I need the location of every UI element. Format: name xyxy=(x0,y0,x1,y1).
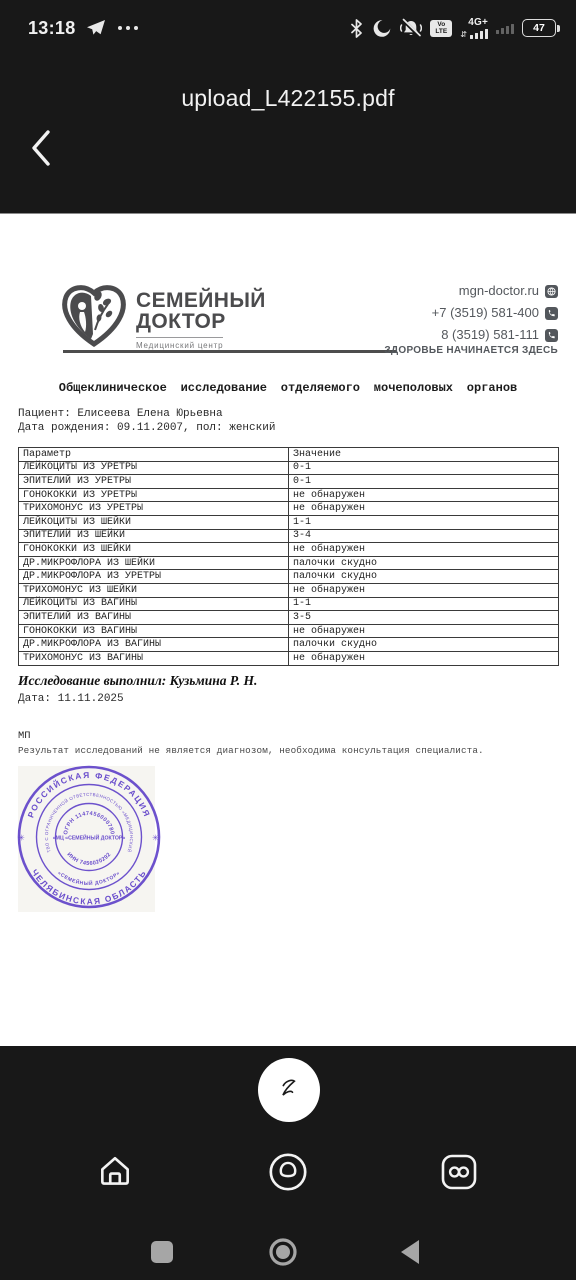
value-cell: не обнаружен xyxy=(289,624,559,638)
results-table: Параметр Значение ЛЕЙКОЦИТЫ ИЗ УРЕТРЫ 0-… xyxy=(18,447,559,666)
volte-icon: Vo LTE xyxy=(430,20,452,37)
mp-label: МП xyxy=(18,730,31,742)
stamp-center-text: «МЦ «СЕМЕЙНЫЙ ДОКТОР» xyxy=(53,834,126,842)
home-circle-icon xyxy=(268,1237,298,1267)
value-cell: 0-1 xyxy=(289,461,559,475)
table-row: ЛЕЙКОЦИТЫ ИЗ ВАГИНЫ 1-1 xyxy=(19,597,559,611)
clinic-contacts: mgn-doctor.ru +7 (3519) 581-400 8 (3519)… xyxy=(432,280,558,346)
table-row: ГОНОКОККИ ИЗ ШЕЙКИ не обнаружен xyxy=(19,543,559,557)
scribble-icon xyxy=(270,1071,308,1109)
status-bar: 13:18 Vo LTE xyxy=(0,0,576,56)
clinic-slogan: ЗДОРОВЬЕ НАЧИНАЕТСЯ ЗДЕСЬ xyxy=(384,345,558,356)
report-title: Общеклиническое исследование отделяемого… xyxy=(0,381,576,395)
value-cell: палочки скудно xyxy=(289,570,559,584)
value-cell: не обнаружен xyxy=(289,488,559,502)
table-row: ТРИХОМОНУС ИЗ ВАГИНЫ не обнаружен xyxy=(19,651,559,665)
android-nav-bar xyxy=(0,1224,576,1280)
battery-indicator: 47 xyxy=(522,19,556,37)
pdf-page: СЕМЕЙНЫЙ ДОКТОР Медицинский центр mgn-do… xyxy=(0,213,576,1046)
do-not-disturb-moon-icon xyxy=(371,18,392,39)
more-notifications-icon xyxy=(118,26,138,30)
table-row: ДР.МИКРОФЛОРА ИЗ ШЕЙКИ палочки скудно xyxy=(19,556,559,570)
table-row: ДР.МИКРОФЛОРА ИЗ УРЕТРЫ палочки скудно xyxy=(19,570,559,584)
signal-bars-icon xyxy=(460,29,488,39)
phone-icon-2 xyxy=(545,329,558,342)
param-cell: ЛЕЙКОЦИТЫ ИЗ ВАГИНЫ xyxy=(19,597,289,611)
tabs-button[interactable] xyxy=(437,1150,481,1194)
home-icon xyxy=(96,1153,134,1191)
param-cell: ГОНОКОККИ ИЗ ШЕЙКИ xyxy=(19,543,289,557)
table-row: ТРИХОМОНУС ИЗ УРЕТРЫ не обнаружен xyxy=(19,502,559,516)
param-cell: ТРИХОМОНУС ИЗ УРЕТРЫ xyxy=(19,502,289,516)
network-type-label: 4G+ xyxy=(468,18,488,28)
home-button[interactable] xyxy=(93,1150,137,1194)
disclaimer-text: Результат исследований не является диагн… xyxy=(18,745,484,756)
value-cell: не обнаружен xyxy=(289,502,559,516)
back-triangle-icon xyxy=(398,1238,422,1266)
app-header: upload_L422155.pdf xyxy=(0,56,576,140)
param-cell: ДР.МИКРОФЛОРА ИЗ УРЕТРЫ xyxy=(19,570,289,584)
value-cell: не обнаружен xyxy=(289,543,559,557)
clinic-phone-1: +7 (3519) 581-400 xyxy=(432,302,539,324)
stamp-star-left: ✳ xyxy=(18,834,25,843)
scribble-fab-button[interactable] xyxy=(258,1058,320,1122)
param-cell: ЭПИТЕЛИЙ ИЗ ВАГИНЫ xyxy=(19,611,289,625)
param-cell: ГОНОКОККИ ИЗ ВАГИНЫ xyxy=(19,624,289,638)
table-row: ЭПИТЕЛИЙ ИЗ ВАГИНЫ 3-5 xyxy=(19,611,559,625)
param-cell: ЭПИТЕЛИЙ ИЗ УРЕТРЫ xyxy=(19,475,289,489)
param-cell: ТРИХОМОНУС ИЗ ШЕЙКИ xyxy=(19,583,289,597)
globe-icon xyxy=(545,285,558,298)
dob-line: Дата рождения: 09.11.2007, пол: женский xyxy=(18,422,275,434)
table-row: ТРИХОМОНУС ИЗ ШЕЙКИ не обнаружен xyxy=(19,583,559,597)
mute-vibrate-icon xyxy=(400,18,422,38)
telegram-notification-icon xyxy=(86,19,106,37)
patient-line: Пациент: Елисеева Елена Юрьевна xyxy=(18,408,223,420)
param-cell: ЭПИТЕЛИЙ ИЗ ШЕЙКИ xyxy=(19,529,289,543)
table-header-row: Параметр Значение xyxy=(19,448,559,462)
col-header-value: Значение xyxy=(289,448,559,462)
recents-square-icon xyxy=(150,1240,174,1264)
clinic-website: mgn-doctor.ru xyxy=(459,280,539,302)
value-cell: 3-4 xyxy=(289,529,559,543)
value-cell: палочки скудно xyxy=(289,638,559,652)
stamp-ogrn: ОГРН 1147456000780 xyxy=(63,811,115,835)
alice-icon xyxy=(267,1151,309,1193)
table-row: ГОНОКОККИ ИЗ УРЕТРЫ не обнаружен xyxy=(19,488,559,502)
alice-assistant-button[interactable] xyxy=(266,1150,310,1194)
param-cell: ДР.МИКРОФЛОРА ИЗ ВАГИНЫ xyxy=(19,638,289,652)
table-row: ЭПИТЕЛИЙ ИЗ ШЕЙКИ 3-4 xyxy=(19,529,559,543)
table-row: ДР.МИКРОФЛОРА ИЗ ВАГИНЫ палочки скудно xyxy=(19,638,559,652)
value-cell: палочки скудно xyxy=(289,556,559,570)
browser-bottom-area xyxy=(0,1046,576,1280)
bluetooth-icon xyxy=(350,19,363,38)
value-cell: не обнаружен xyxy=(289,583,559,597)
recents-button[interactable] xyxy=(142,1232,182,1272)
col-header-param: Параметр xyxy=(19,448,289,462)
browser-toolbar xyxy=(0,1150,576,1194)
signal-bars-sim2-icon xyxy=(496,24,514,34)
clock: 13:18 xyxy=(28,18,76,39)
stamp-star-right: ✳ xyxy=(152,834,159,843)
param-cell: ДР.МИКРОФЛОРА ИЗ ШЕЙКИ xyxy=(19,556,289,570)
infinity-tabs-icon xyxy=(439,1152,479,1192)
header-divider xyxy=(63,350,397,353)
value-cell: 1-1 xyxy=(289,597,559,611)
clinic-name-line2: ДОКТОР xyxy=(136,311,266,332)
battery-percent: 47 xyxy=(533,22,545,34)
clinic-stamp: РОССИЙСКАЯ ФЕДЕРАЦИЯ ЧЕЛЯБИНСКАЯ ОБЛАСТЬ… xyxy=(14,762,164,912)
signal-sim1: 4G+ xyxy=(460,18,488,39)
svg-text:ОГРН 1147456000780: ОГРН 1147456000780 xyxy=(63,811,115,835)
table-row: ГОНОКОККИ ИЗ ВАГИНЫ не обнаружен xyxy=(19,624,559,638)
report-date-line: Дата: 11.11.2025 xyxy=(18,693,124,705)
value-cell: 1-1 xyxy=(289,515,559,529)
param-cell: ТРИХОМОНУС ИЗ ВАГИНЫ xyxy=(19,651,289,665)
value-cell: 0-1 xyxy=(289,475,559,489)
param-cell: ЛЕЙКОЦИТЫ ИЗ УРЕТРЫ xyxy=(19,461,289,475)
clinic-subtitle: Медицинский центр xyxy=(136,337,223,350)
phone-icon xyxy=(545,307,558,320)
table-row: ЛЕЙКОЦИТЫ ИЗ УРЕТРЫ 0-1 xyxy=(19,461,559,475)
phone-screen: 13:18 Vo LTE xyxy=(0,0,576,1280)
back-button[interactable] xyxy=(28,128,54,168)
table-row: ЛЕЙКОЦИТЫ ИЗ ШЕЙКИ 1-1 xyxy=(19,515,559,529)
document-title: upload_L422155.pdf xyxy=(0,85,576,112)
svg-text:ИНН 7456020292: ИНН 7456020292 xyxy=(65,852,112,867)
value-cell: 3-5 xyxy=(289,611,559,625)
clinic-logo-text: СЕМЕЙНЫЙ ДОКТОР Медицинский центр xyxy=(136,290,266,353)
param-cell: ЛЕЙКОЦИТЫ ИЗ ШЕЙКИ xyxy=(19,515,289,529)
stamp-inn: ИНН 7456020292 xyxy=(65,852,112,867)
executor-line: Исследование выполнил: Кузьмина Р. Н. xyxy=(18,673,257,689)
back-nav-button[interactable] xyxy=(390,1232,430,1272)
clinic-name-line1: СЕМЕЙНЫЙ xyxy=(136,290,266,311)
param-cell: ГОНОКОККИ ИЗ УРЕТРЫ xyxy=(19,488,289,502)
home-nav-button[interactable] xyxy=(263,1232,303,1272)
value-cell: не обнаружен xyxy=(289,651,559,665)
clinic-logo-heart-icon xyxy=(58,282,130,348)
table-row: ЭПИТЕЛИЙ ИЗ УРЕТРЫ 0-1 xyxy=(19,475,559,489)
clinic-phone-2: 8 (3519) 581-111 xyxy=(441,324,539,346)
